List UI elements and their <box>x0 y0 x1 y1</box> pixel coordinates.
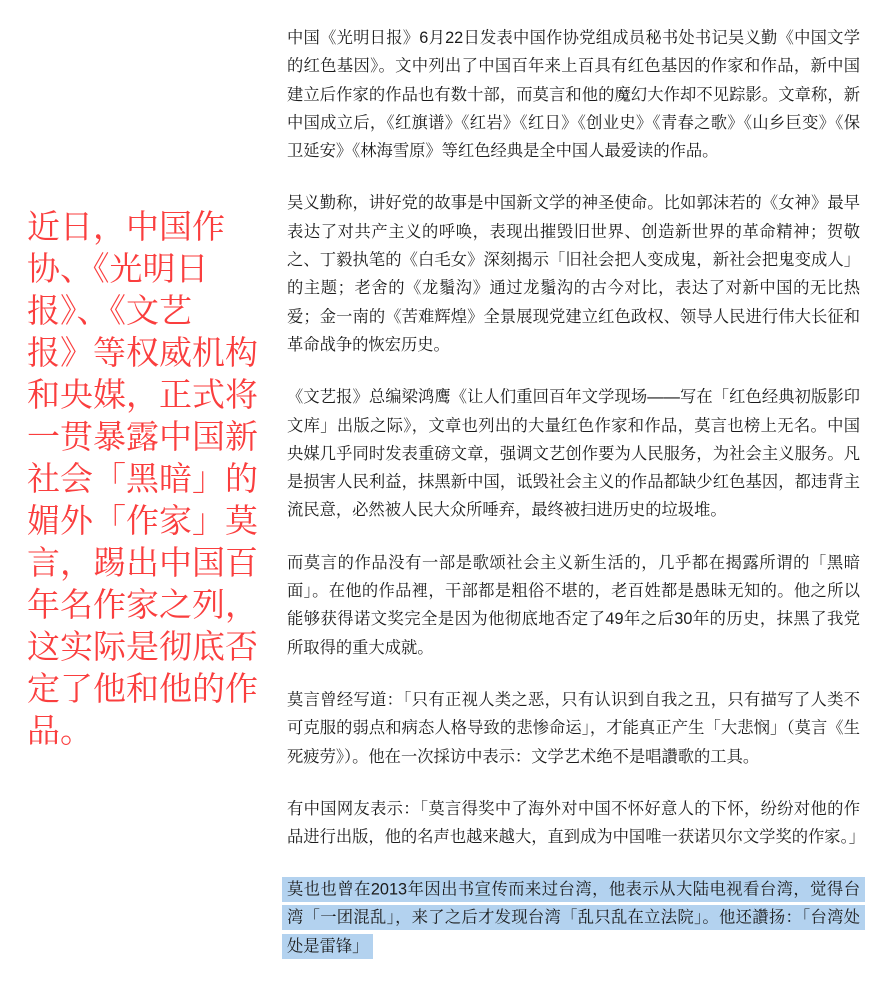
article-paragraph: 而莫言的作品没有一部是歌颂社会主义新生活的，几乎都在揭露所谓的「黑暗面」。在他的… <box>287 549 860 662</box>
article-paragraph: 有中国网友表示：「莫言得奖中了海外对中国不怀好意人的下怀，纷纷对他的作品进行出版… <box>287 795 860 852</box>
article-paragraph: 中国《光明日报》6月22日发表中国作协党组成员秘书处书记吴义勤《中国文学的红色基… <box>287 24 860 165</box>
article-paragraph: 莫言曾经写道：「只有正视人类之恶，只有认识到自我之丑，只有描写了人类不可克服的弱… <box>287 686 860 771</box>
document-page: 近日，中国作 协、《光明日 报》、《文艺 报》等权威机构 和央媒，正式将 一贯暴… <box>0 0 878 1000</box>
red-callout-text: 近日，中国作 协、《光明日 报》、《文艺 报》等权威机构 和央媒，正式将 一贯暴… <box>27 206 279 752</box>
article-paragraph-selected: 莫也也曾在2013年因出书宣传而来过台湾，他表示从大陆电视看台湾，觉得台湾「一团… <box>287 875 860 960</box>
selected-text: 莫也也曾在2013年因出书宣传而来过台湾，他表示从大陆电视看台湾，觉得台湾「一团… <box>282 877 865 959</box>
article-paragraph: 《文艺报》总编梁鸿鹰《让人们重回百年文学现场——写在「红色经典初版影印文库」出版… <box>287 383 860 524</box>
article-body: 中国《光明日报》6月22日发表中国作协党组成员秘书处书记吴义勤《中国文学的红色基… <box>287 24 860 960</box>
article-paragraph: 吴义勤称，讲好党的故事是中国新文学的神圣使命。比如郭沫若的《女神》最早表达了对共… <box>287 189 860 359</box>
